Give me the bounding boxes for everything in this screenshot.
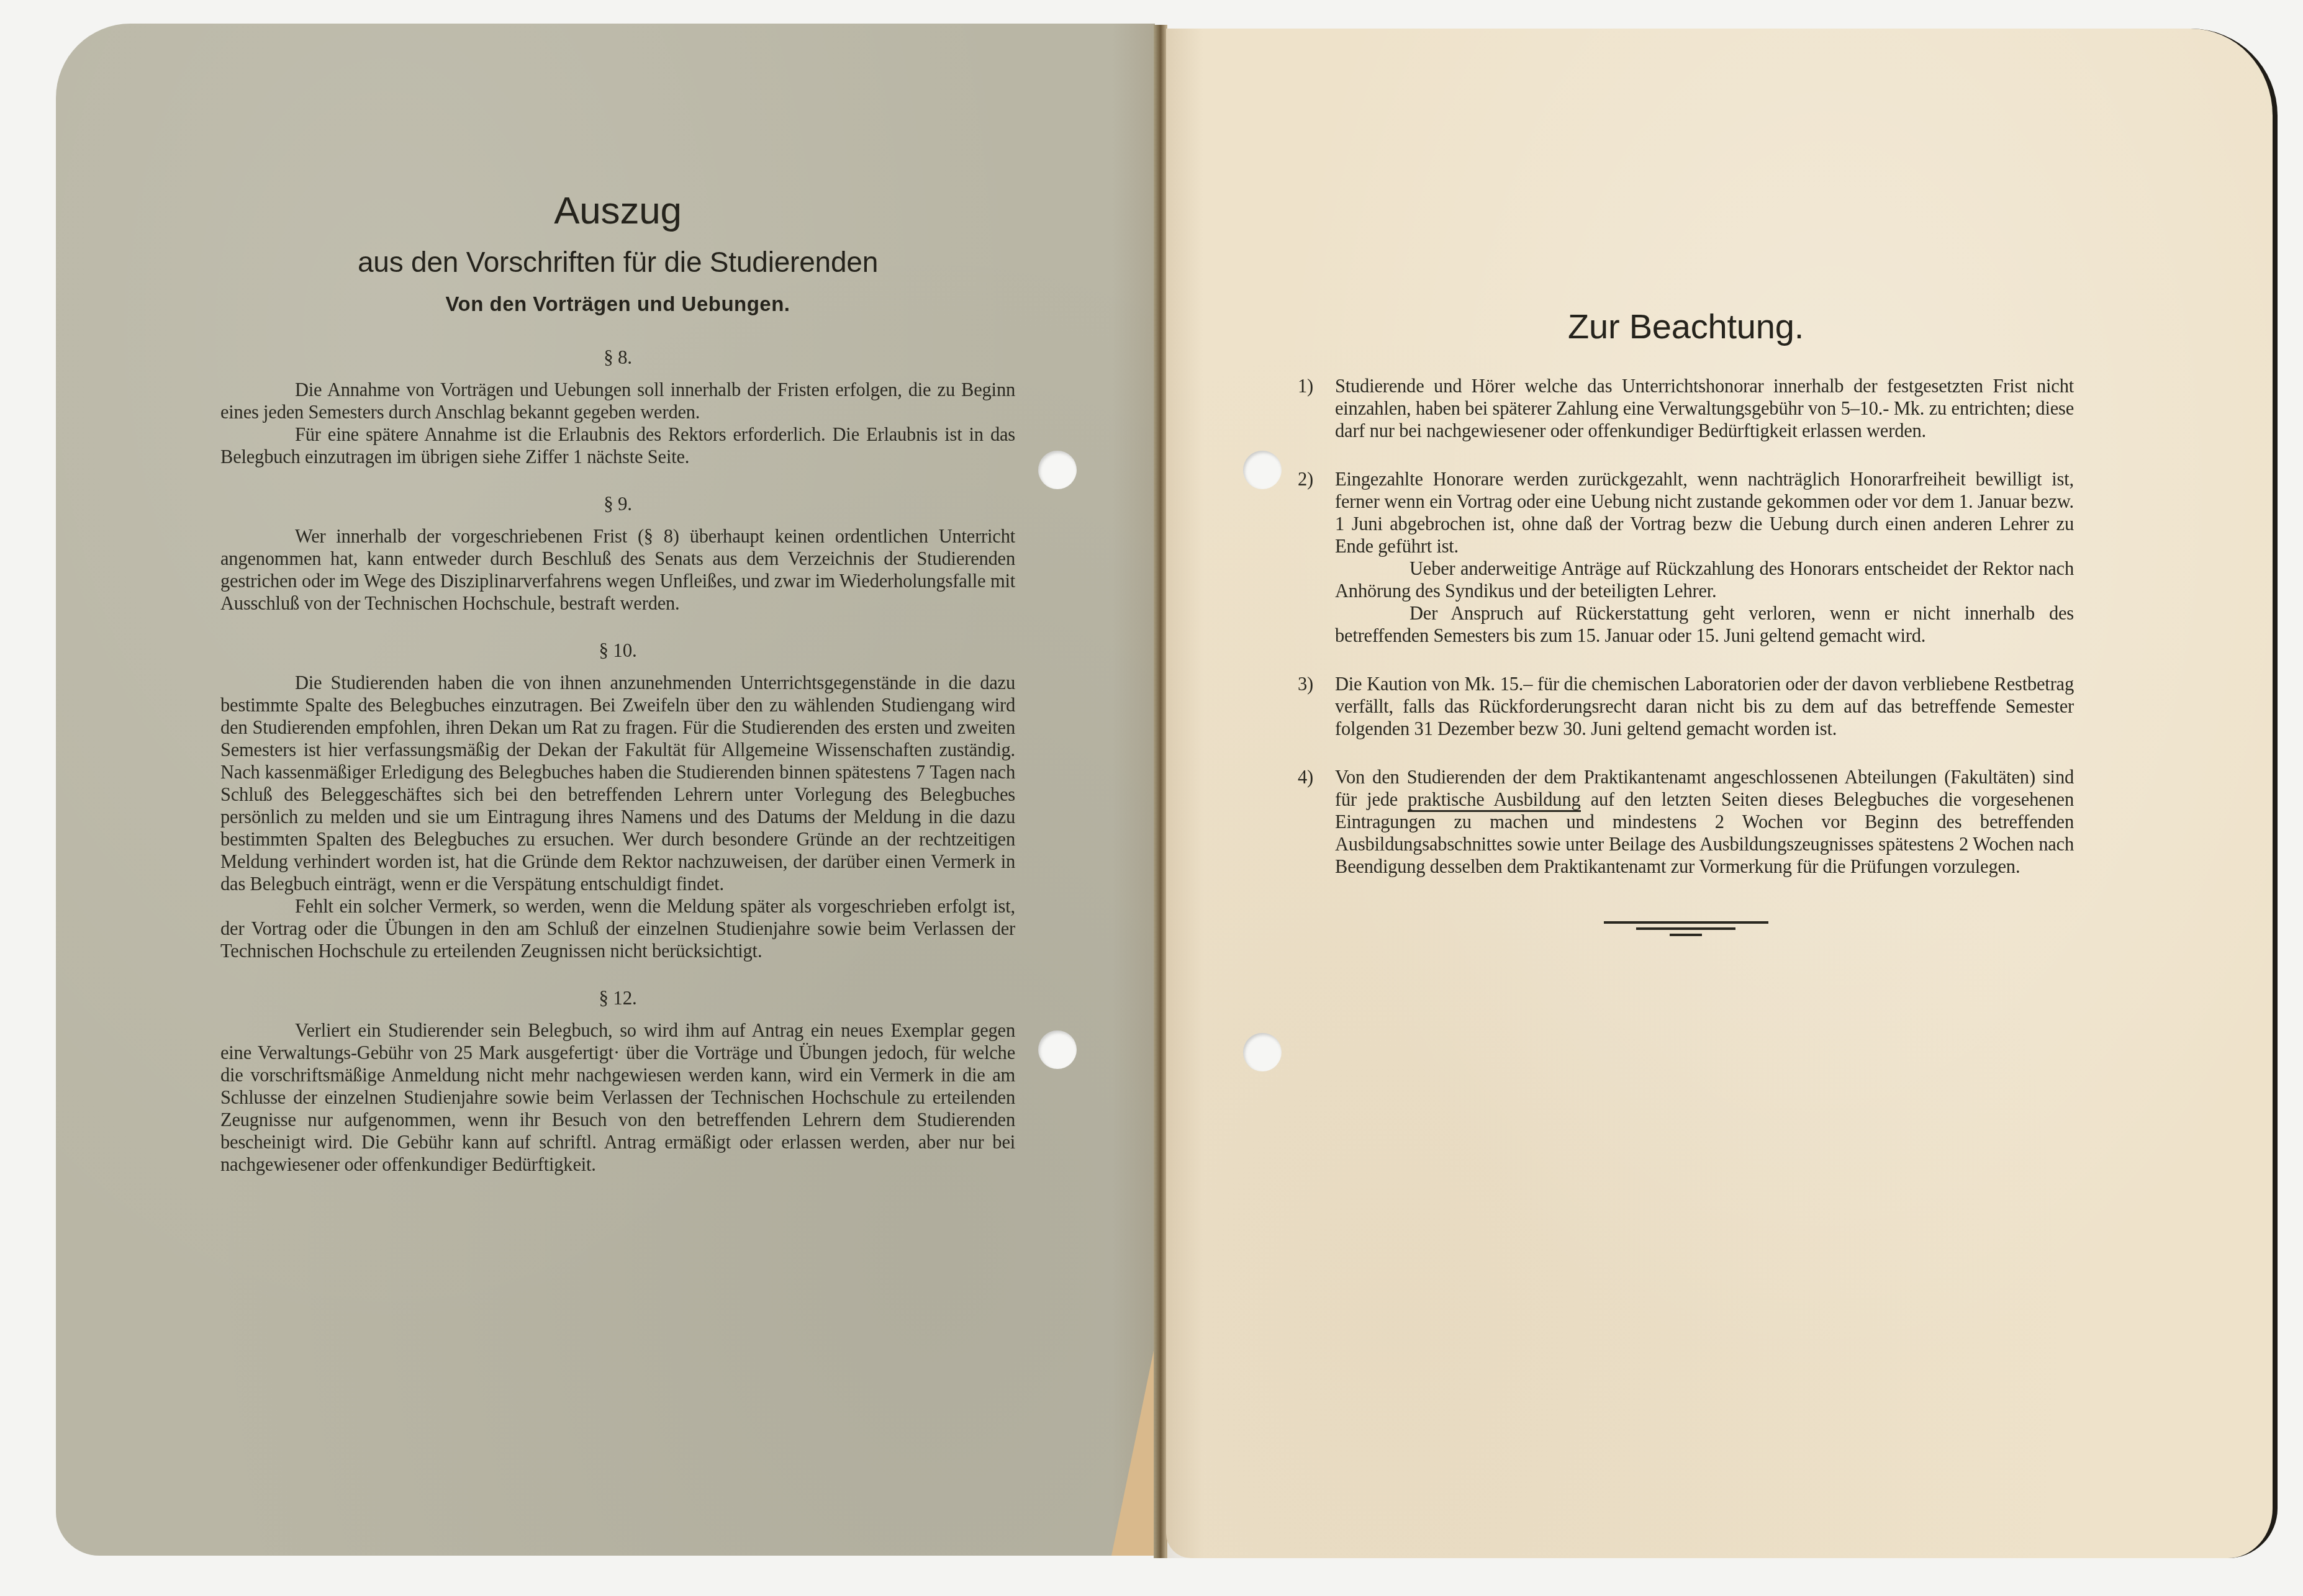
item-number: 3) [1298,673,1313,695]
paragraph-number: § 8. [220,346,1015,369]
section-12: § 12. Verliert ein Studierender sein Bel… [220,987,1015,1176]
underlined-phrase: praktische Ausbildung [1408,789,1580,812]
section-heading: Von den Vorträgen und Uebungen. [220,291,1015,318]
item-number: 1) [1298,375,1313,397]
closing-rule [1298,921,2074,936]
page-subtitle: aus den Vorschriften für die Studierende… [220,243,1015,281]
paragraph-text: Für eine spätere Annahme ist die Erlaubn… [220,423,1015,468]
notice-item-2: 2) Eingezahlte Honorare werden zurückgez… [1298,468,2074,647]
paragraph-text: Die Studierenden haben die von ihnen anz… [220,672,1015,895]
section-10: § 10. Die Studierenden haben die von ihn… [220,639,1015,962]
item-text: Ueber anderweitige Anträge auf Rückzahlu… [1335,557,2074,602]
regulations-excerpt: Auszug aus den Vorschriften für die Stud… [220,186,1015,1176]
item-number: 2) [1298,468,1313,490]
punch-hole [1038,451,1077,489]
item-text: Von den Studierenden der dem Praktikante… [1335,766,2074,878]
torn-corner [1111,1345,1155,1556]
item-text: Eingezahlte Honorare werden zurückgezahl… [1335,468,2074,557]
spine-shadow [1166,29,1203,1558]
notice-item-4: 4) Von den Studierenden der dem Praktika… [1298,766,2074,878]
page-title: Zur Beachtung. [1298,304,2074,349]
paragraph-text: Die Annahme von Vorträgen und Uebungen s… [220,379,1015,423]
paragraph-number: § 10. [220,639,1015,662]
notice-item-1: 1) Studierende und Hörer welche das Unte… [1298,375,2074,442]
item-text: Der Anspruch auf Rückerstattung geht ver… [1335,602,2074,647]
spine-shadow [1111,24,1155,1556]
rule-line [1670,934,1702,936]
punch-hole [1243,1033,1282,1071]
rule-line [1636,927,1735,930]
section-8: § 8. Die Annahme von Vorträgen und Uebun… [220,346,1015,468]
page-title: Auszug [220,186,1015,236]
notice-section: Zur Beachtung. 1) Studierende und Hörer … [1298,304,2074,936]
book-spine [1154,25,1167,1558]
paragraph-number: § 12. [220,987,1015,1009]
punch-hole [1243,451,1282,489]
section-9: § 9. Wer innerhalb der vorgeschriebenen … [220,493,1015,615]
paragraph-text: Fehlt ein solcher Vermerk, so werden, we… [220,895,1015,962]
notice-item-3: 3) Die Kaution von Mk. 15.– für die chem… [1298,673,2074,740]
paragraph-text: Wer innerhalb der vorgeschriebenen Frist… [220,525,1015,615]
rule-line [1604,921,1768,924]
punch-hole [1038,1030,1077,1069]
paragraph-text: Verliert ein Studierender sein Belegbuch… [220,1019,1015,1176]
paragraph-number: § 9. [220,493,1015,515]
item-text: Die Kaution von Mk. 15.– für die chemisc… [1335,673,2074,740]
item-number: 4) [1298,766,1313,788]
item-text: Studierende und Hörer welche das Unterri… [1335,375,2074,442]
